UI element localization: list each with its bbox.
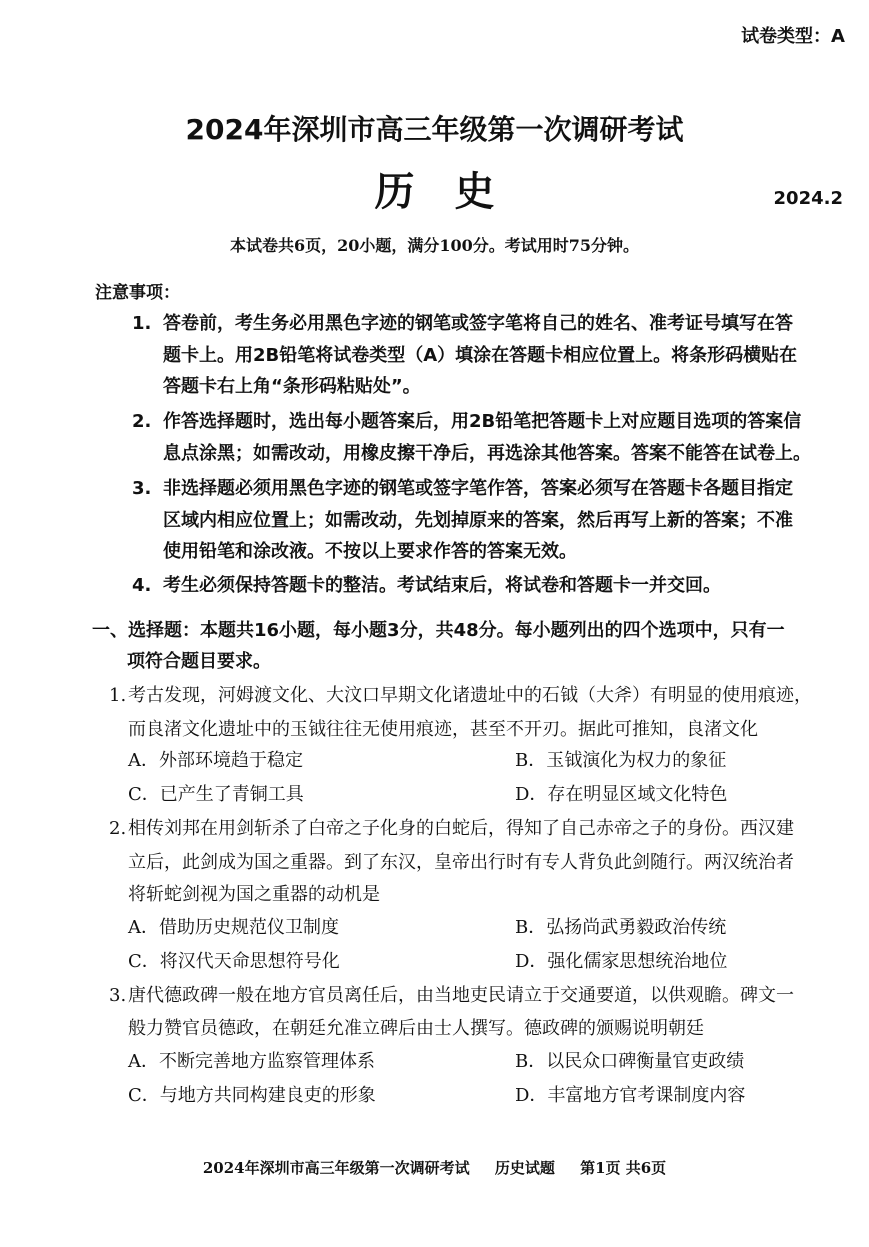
note-line: 答题卡右上角“条形码粘贴处”。 (163, 378, 421, 396)
note-line: 答卷前，考生务必用黑色字迹的钢笔或签字笔将自己的姓名、准考证号填写在答 (163, 315, 793, 333)
section-heading: 一、选择题：本题共16小题，每小题3分，共48分。每小题列出的四个选项中，只有一 (92, 622, 785, 640)
question-number: 1. (109, 687, 126, 705)
question-stem-line: 考古发现，河姆渡文化、大汶口早期文化诸遗址中的石钺（大斧）有明显的使用痕迹， (128, 687, 812, 705)
option-c[interactable]: C．与地方共同构建良吏的形象 (128, 1087, 376, 1105)
note-line: 区域内相应位置上；如需改动，先划掉原来的答案，然后再写上新的答案；不准 (163, 512, 793, 530)
footer-page-number: 第1页 共6页 (580, 1159, 666, 1177)
paper-type-label: 试卷类型：A (741, 22, 845, 48)
note-line: 非选择题必须用黑色字迹的钢笔或签字笔作答，答案必须写在答题卡各题目指定 (163, 480, 793, 498)
option-b[interactable]: B．以民众口碑衡量官吏政绩 (515, 1053, 744, 1071)
section-heading-cont: 项符合题目要求。 (127, 653, 271, 671)
page-footer: 2024年深圳市高三年级第一次调研考试 历史试题 第1页 共6页 (0, 1157, 869, 1178)
question-stem-line: 般力赞官员德政，在朝廷允准立碑后由士人撰写。德政碑的颁赐说明朝廷 (128, 1020, 704, 1038)
option-b[interactable]: B．玉钺演化为权力的象征 (515, 752, 726, 770)
note-line: 息点涂黑；如需改动，用橡皮擦干净后，再选涂其他答案。答案不能答在试卷上。 (163, 445, 811, 463)
exam-date: 2024.2 (774, 188, 843, 209)
question-stem-line: 将斩蛇剑视为国之重器的动机是 (128, 886, 380, 904)
note-line: 考生必须保持答题卡的整洁。考试结束后，将试卷和答题卡一并交回。 (163, 577, 721, 595)
exam-info: 本试卷共6页，20小题，满分100分。考试用时75分钟。 (0, 233, 869, 256)
question-number: 2. (109, 820, 126, 838)
note-line: 使用铅笔和涂改液。不按以上要求作答的答案无效。 (163, 543, 577, 561)
exam-title: 2024年深圳市高三年级第一次调研考试 (0, 108, 869, 148)
subject-title: 历史 (0, 160, 869, 217)
option-d[interactable]: D．强化儒家思想统治地位 (515, 953, 727, 971)
option-a[interactable]: A．借助历史规范仪卫制度 (128, 919, 339, 937)
note-line: 作答选择题时，选出每小题答案后，用2B铅笔把答题卡上对应题目选项的答案信 (163, 413, 801, 431)
option-d[interactable]: D．存在明显区域文化特色 (515, 786, 727, 804)
footer-paper-name: 历史试题 (495, 1159, 555, 1177)
option-d[interactable]: D．丰富地方官考课制度内容 (515, 1087, 745, 1105)
option-a[interactable]: A．外部环境趋于稳定 (128, 752, 303, 770)
notes-heading: 注意事项： (95, 278, 180, 303)
option-b[interactable]: B．弘扬尚武勇毅政治传统 (515, 919, 726, 937)
question-stem-line: 而良渚文化遗址中的玉钺往往无使用痕迹，甚至不开刃。据此可推知，良渚文化 (128, 721, 758, 739)
question-number: 3. (109, 987, 126, 1005)
question-stem-line: 立后，此剑成为国之重器。到了东汉，皇帝出行时有专人背负此剑随行。两汉统治者 (128, 854, 794, 872)
option-a[interactable]: A．不断完善地方监察管理体系 (128, 1053, 375, 1071)
question-stem-line: 相传刘邦在用剑斩杀了白帝之子化身的白蛇后，得知了自己赤帝之子的身份。西汉建 (128, 820, 794, 838)
note-line: 题卡上。用2B铅笔将试卷类型（A）填涂在答题卡相应位置上。将条形码横贴在 (163, 347, 797, 365)
note-number: 4. (132, 577, 151, 595)
option-c[interactable]: C．将汉代天命思想符号化 (128, 953, 340, 971)
note-number: 3. (132, 480, 151, 498)
question-stem-line: 唐代德政碑一般在地方官员离任后，由当地吏民请立于交通要道，以供观瞻。碑文一 (128, 987, 794, 1005)
option-c[interactable]: C．已产生了青铜工具 (128, 786, 304, 804)
footer-exam-name: 2024年深圳市高三年级第一次调研考试 (203, 1159, 470, 1177)
note-number: 1. (132, 315, 151, 333)
note-number: 2. (132, 413, 151, 431)
